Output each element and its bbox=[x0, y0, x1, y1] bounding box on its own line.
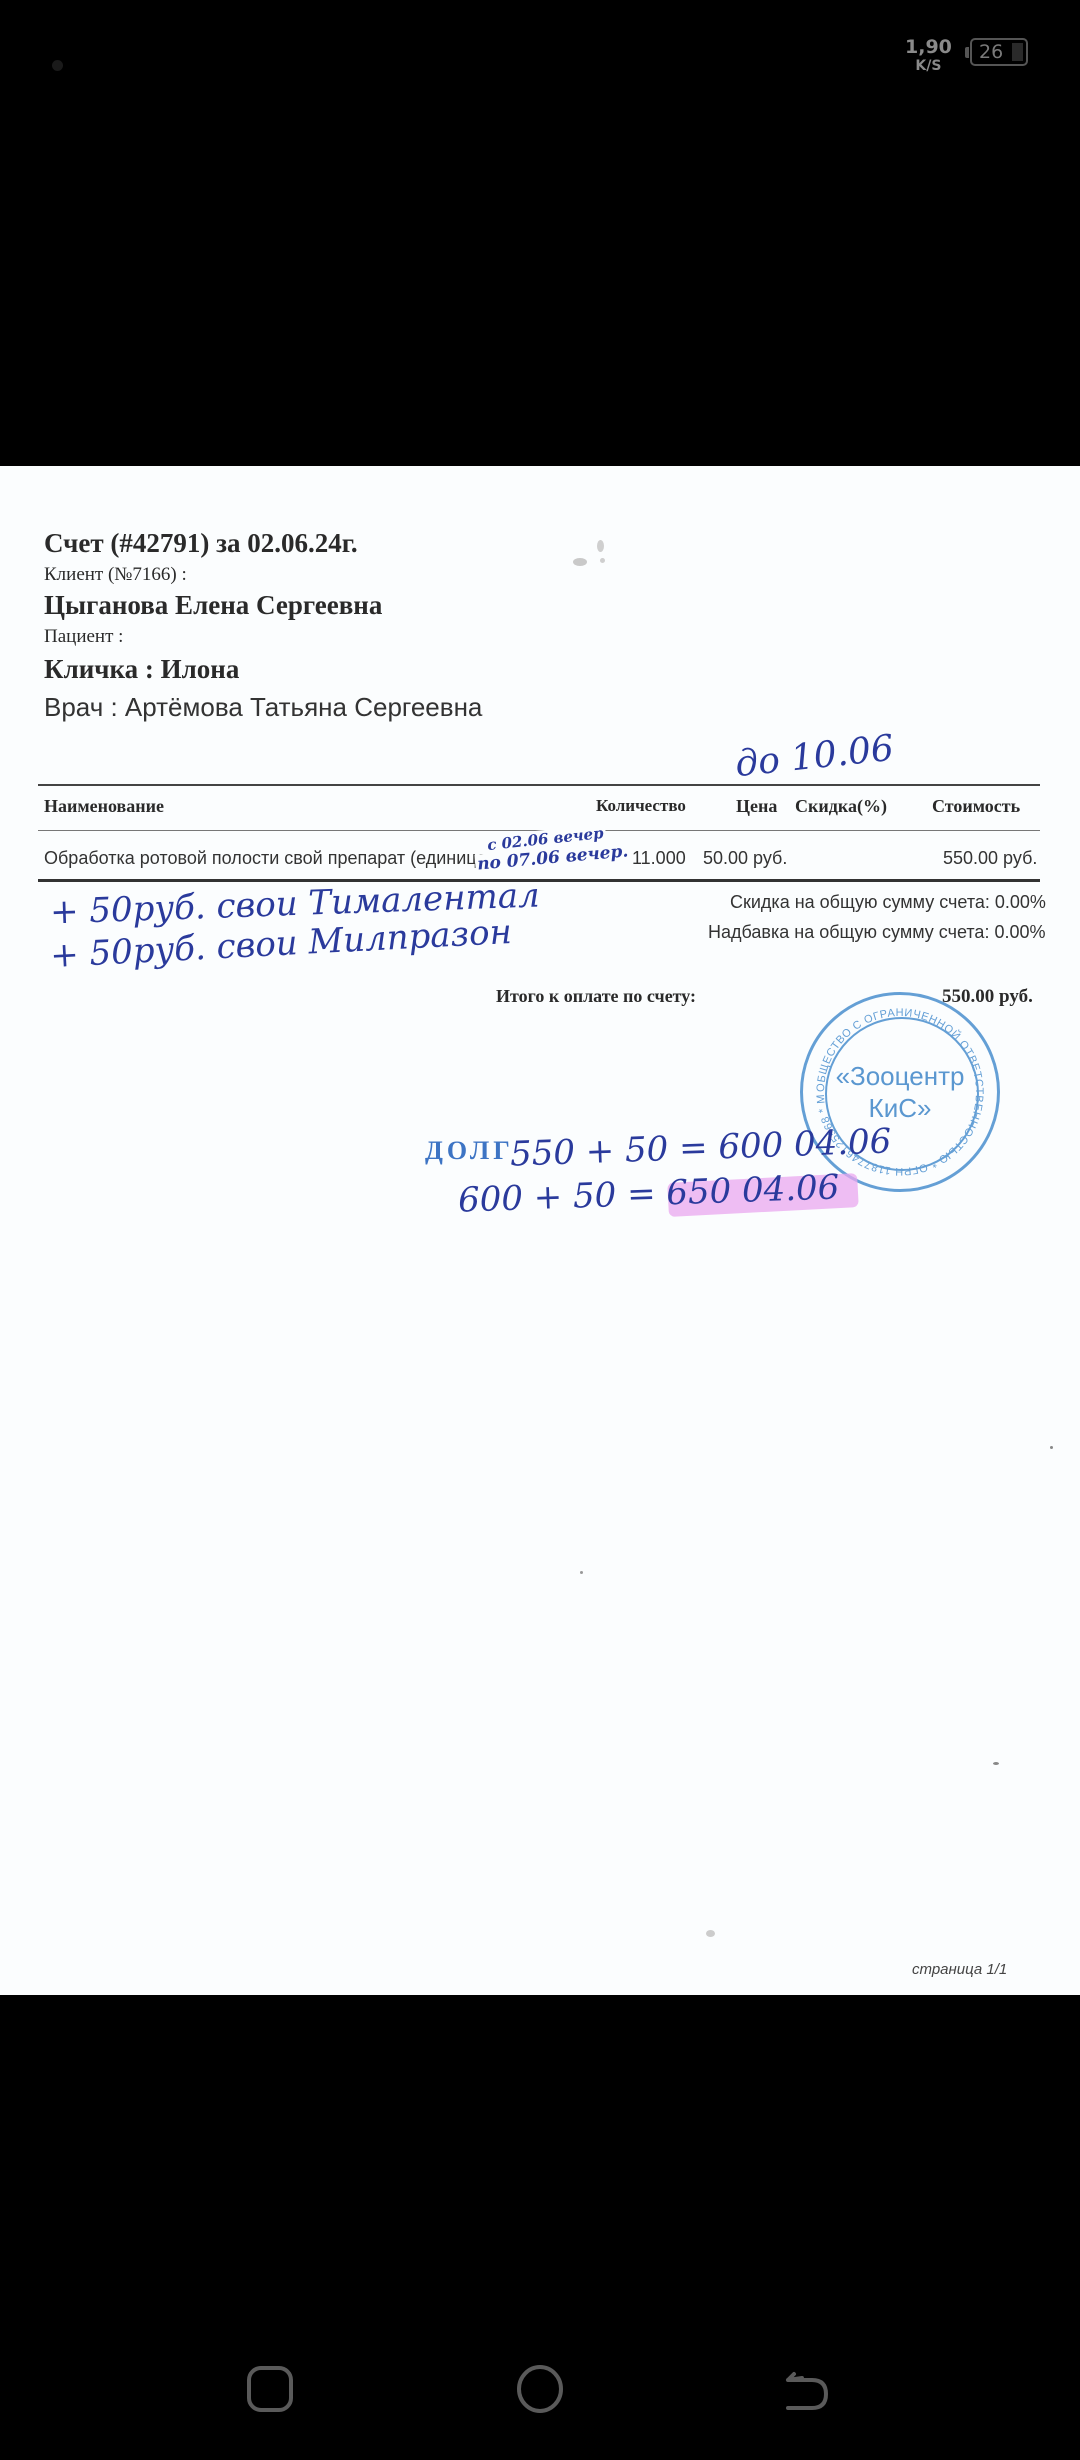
page-number: страница 1/1 bbox=[912, 1961, 1007, 1978]
scan-speck bbox=[597, 540, 604, 552]
table-top-rule bbox=[38, 784, 1040, 786]
total-label: Итого к оплате по счету: bbox=[496, 986, 696, 1007]
client-label: Клиент (№7166) : bbox=[44, 564, 187, 586]
battery-fill bbox=[1012, 43, 1023, 61]
navigation-bar bbox=[0, 2340, 1080, 2440]
stamp-name-line1: «Зооцентр bbox=[803, 1061, 997, 1091]
network-speed-unit: K/S bbox=[905, 59, 952, 73]
handwritten-deadline: до 10.06 bbox=[733, 728, 895, 785]
debt-label: ДОЛГ bbox=[425, 1136, 514, 1166]
status-bar: 1,90 K/S 26 bbox=[0, 0, 1080, 120]
patient-label: Пациент : bbox=[44, 626, 123, 648]
col-header-price: Цена bbox=[736, 796, 777, 817]
recents-icon bbox=[245, 2364, 295, 2414]
doctor-name: Врач : Артёмова Татьяна Сергеевна bbox=[44, 692, 482, 723]
stamp-name-line2: КиС» bbox=[803, 1093, 997, 1123]
col-header-name: Наименование bbox=[44, 796, 164, 817]
row-service-name: Обработка ротовой полости свой препарат … bbox=[44, 848, 493, 869]
patient-nickname: Кличка : Илона bbox=[44, 654, 239, 685]
scan-speck bbox=[580, 1571, 583, 1574]
col-header-quantity: Количество bbox=[596, 796, 686, 816]
row-price: 50.00 руб. bbox=[703, 848, 787, 869]
back-button[interactable] bbox=[782, 2364, 832, 2414]
invoice-title: Счет (#42791) за 02.06.24г. bbox=[44, 528, 358, 559]
home-icon bbox=[515, 2364, 565, 2414]
scan-speck bbox=[706, 1930, 715, 1937]
invoice-document-image[interactable]: Счет (#42791) за 02.06.24г. Клиент (№716… bbox=[0, 466, 1080, 1995]
home-button[interactable] bbox=[515, 2364, 565, 2414]
scan-speck bbox=[1050, 1446, 1053, 1449]
camera-cutout bbox=[52, 60, 63, 71]
col-header-cost: Стоимость bbox=[932, 796, 1020, 817]
network-speed-value: 1,90 bbox=[905, 38, 952, 57]
back-icon bbox=[782, 2364, 832, 2414]
invoice-markup-total: Надбавка на общую сумму счета: 0.00% bbox=[708, 922, 1045, 943]
col-header-discount: Скидка(%) bbox=[795, 796, 887, 817]
scan-speck bbox=[600, 558, 605, 563]
network-speed: 1,90 K/S bbox=[905, 38, 952, 73]
recents-button[interactable] bbox=[245, 2364, 295, 2414]
client-name: Цыганова Елена Сергеевна bbox=[44, 590, 382, 621]
invoice-discount-total: Скидка на общую сумму счета: 0.00% bbox=[730, 892, 1046, 913]
battery-level: 26 bbox=[979, 40, 1003, 64]
handwritten-debt-line-2: 600 + 50 = 650 04.06 bbox=[457, 1167, 840, 1220]
scan-speck bbox=[573, 558, 587, 566]
scan-speck bbox=[993, 1762, 999, 1765]
battery-icon: 26 bbox=[970, 38, 1028, 66]
row-quantity: 11.000 bbox=[632, 848, 686, 869]
row-cost: 550.00 руб. bbox=[943, 848, 1037, 869]
